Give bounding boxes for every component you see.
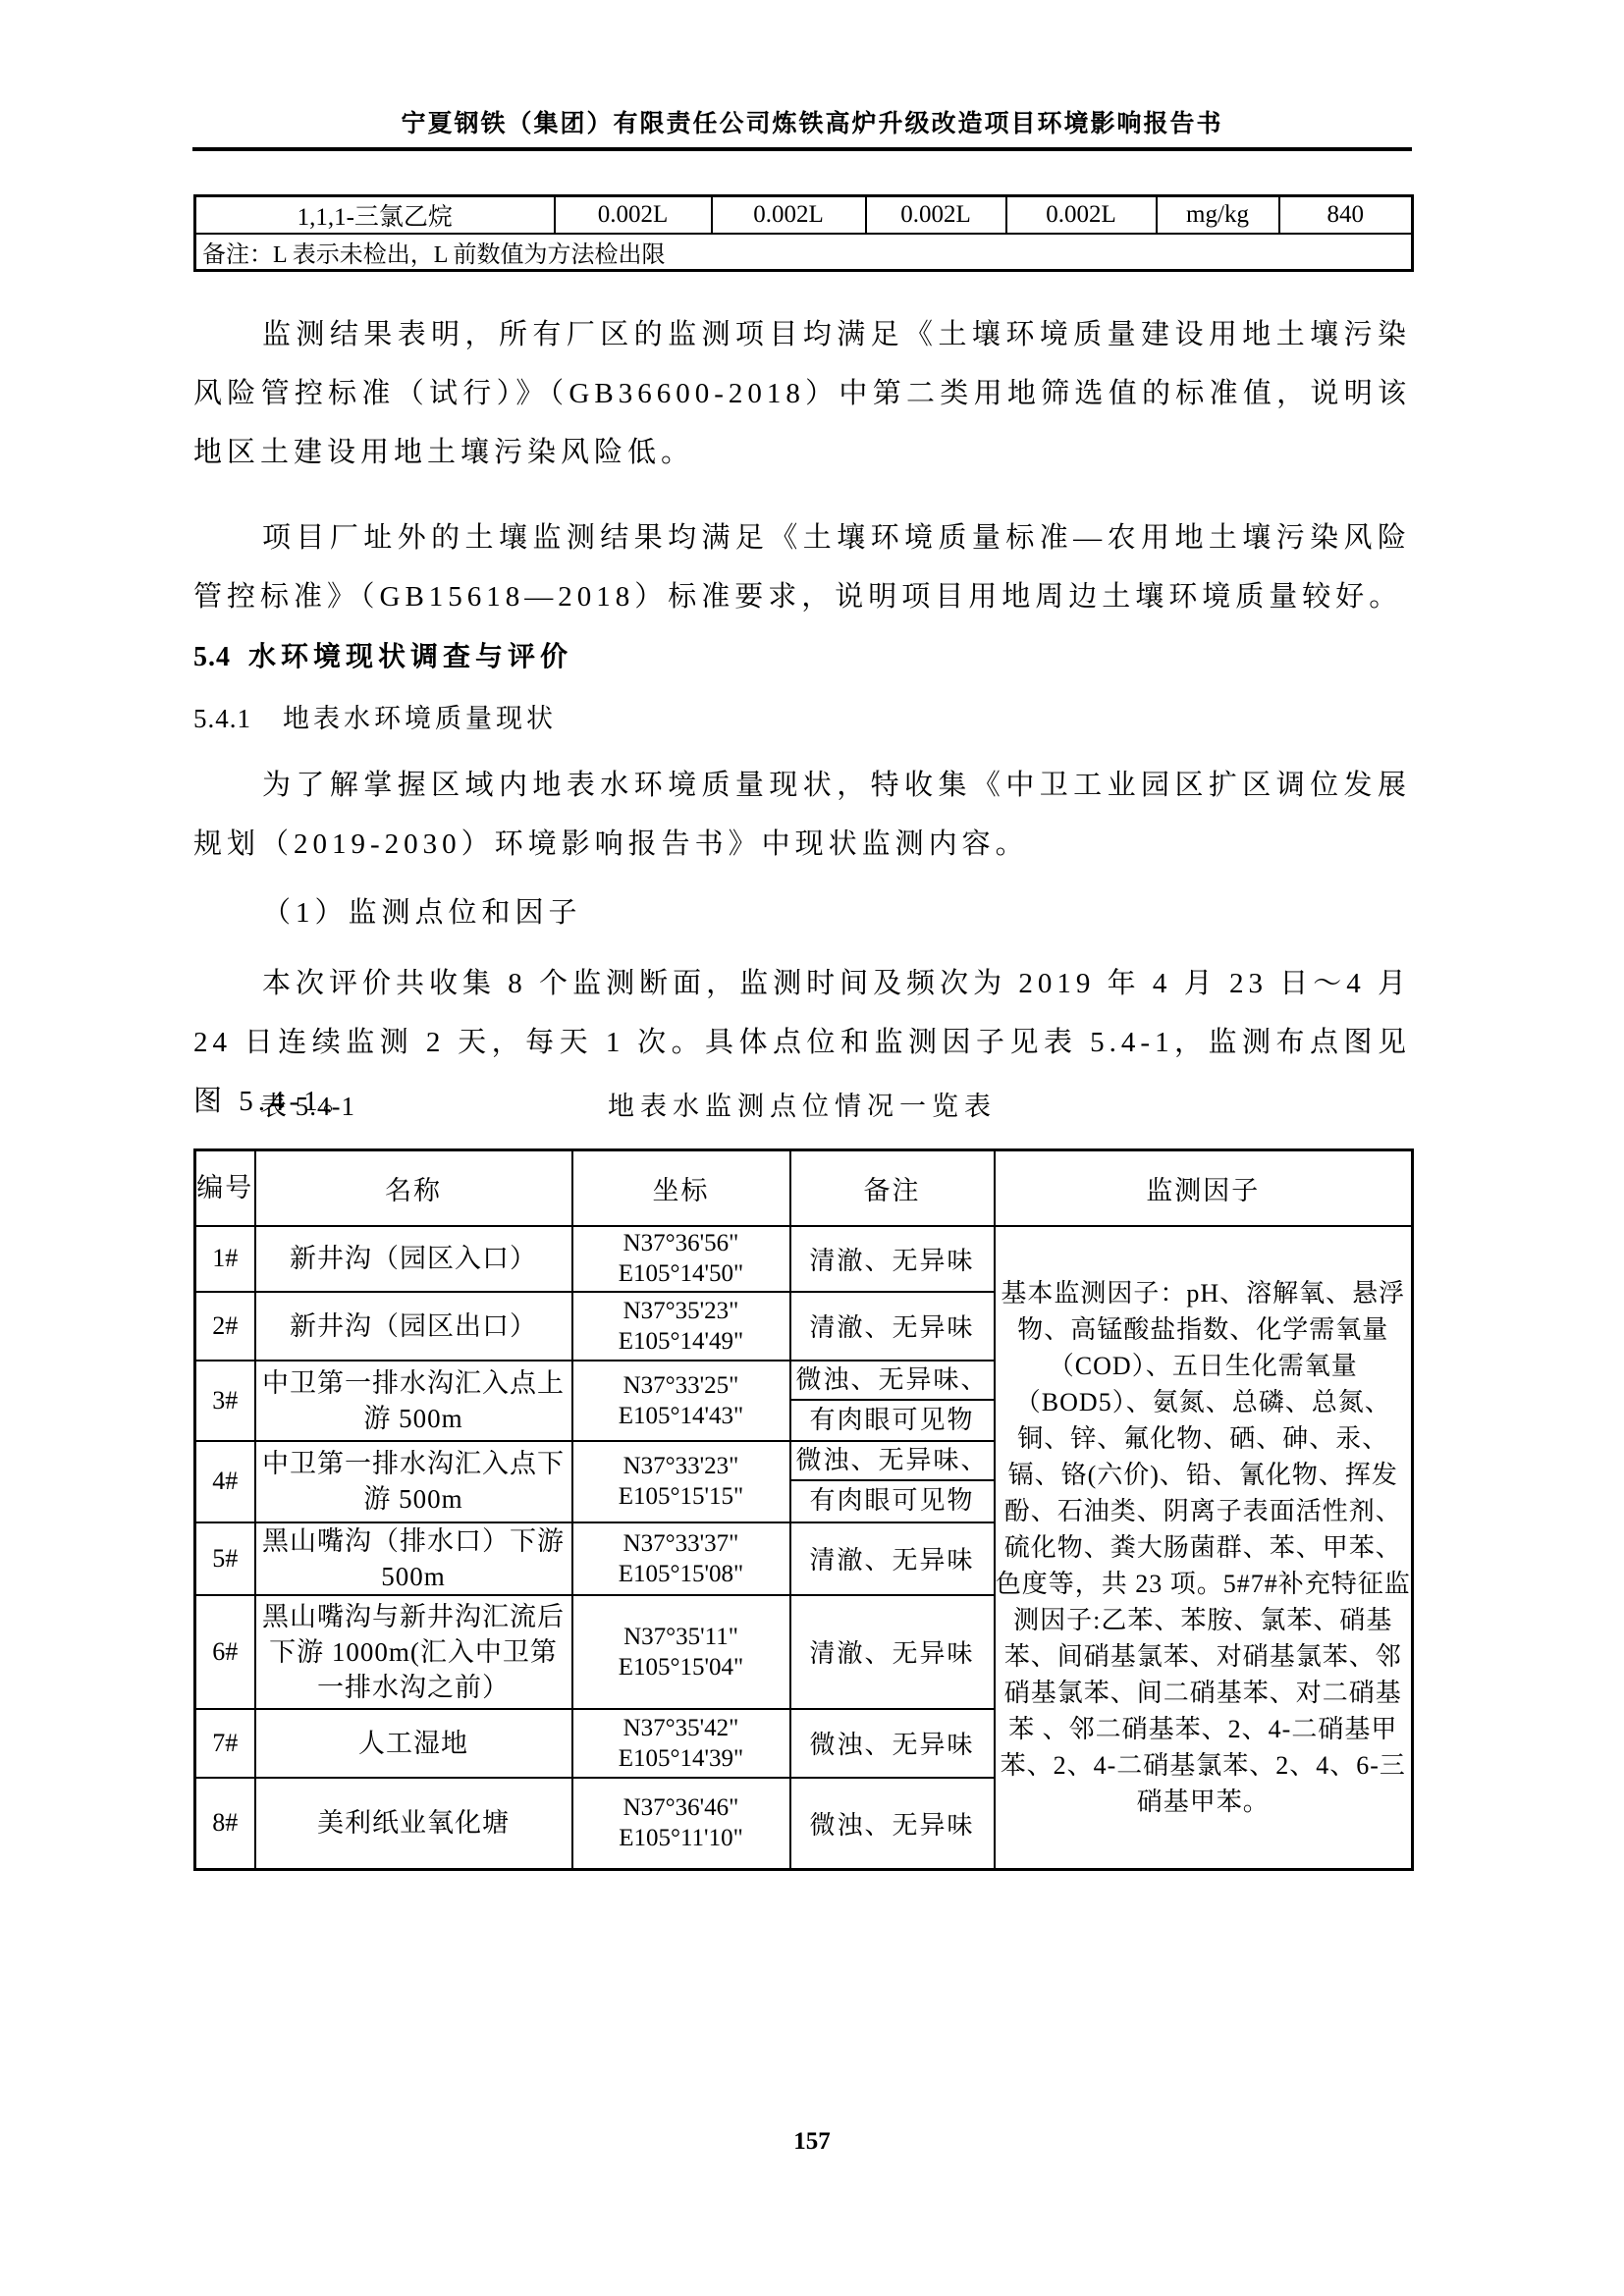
site-coordinates: N37°35'23" E105°14'49" xyxy=(572,1292,790,1361)
remark-line-1: 微浊、无异味、 xyxy=(791,1362,994,1401)
remark-line-1: 微浊、无异味、 xyxy=(791,1442,994,1481)
site-remark: 清澈、无异味 xyxy=(790,1292,995,1361)
coordinate-north: N37°35'11" xyxy=(573,1622,789,1652)
coordinate-north: N37°33'37" xyxy=(573,1528,789,1559)
coordinate-north: N37°35'42" xyxy=(573,1713,789,1743)
coordinate-east: E105°15'04" xyxy=(573,1652,789,1682)
site-remark: 清澈、无异味 xyxy=(790,1226,995,1292)
site-remark: 微浊、无异味、 有肉眼可见物 xyxy=(790,1441,995,1522)
section-number: 5.4 xyxy=(193,642,231,672)
table-note: 备注：L 表示未检出，L 前数值为方法检出限 xyxy=(195,234,1413,271)
coordinate-north: N37°33'23" xyxy=(573,1451,789,1481)
value-cell: 0.002L xyxy=(712,196,866,235)
section-title: 地表水环境质量现状 xyxy=(283,704,557,733)
section-heading-5-4-1: 5.4.1地表水环境质量现状 xyxy=(193,699,1411,738)
coordinate-north: N37°35'23" xyxy=(573,1296,789,1326)
header-rule xyxy=(192,147,1412,151)
paragraph-soil-result: 监测结果表明，所有厂区的监测项目均满足《土壤环境质量建设用地土壤污染风险管控标准… xyxy=(193,305,1411,482)
paragraph-surface-water-intro: 为了解掌握区域内地表水环境质量现状，特收集《中卫工业园区扩区调位发展规划（201… xyxy=(193,756,1411,874)
table-note-row: 备注：L 表示未检出，L 前数值为方法检出限 xyxy=(195,234,1413,271)
header-id: 编号 xyxy=(195,1150,255,1226)
soil-result-table-fragment: 1,1,1-三氯乙烷 0.002L 0.002L 0.002L 0.002L m… xyxy=(193,194,1414,272)
section-number: 5.4.1 xyxy=(193,704,251,733)
surface-water-monitoring-table: 编号 名称 坐标 备注 监测因子 1# 新井沟（园区入口） N37°36'56"… xyxy=(193,1148,1414,1871)
site-id: 6# xyxy=(195,1595,255,1709)
standard-cell: 840 xyxy=(1279,196,1413,235)
site-coordinates: N37°35'42" E105°14'39" xyxy=(572,1709,790,1778)
site-id: 3# xyxy=(195,1361,255,1441)
site-id: 7# xyxy=(195,1709,255,1778)
site-name: 黑山嘴沟（排水口）下游 500m xyxy=(255,1522,572,1595)
site-remark: 微浊、无异味、 有肉眼可见物 xyxy=(790,1361,995,1441)
site-coordinates: N37°33'37" E105°15'08" xyxy=(572,1522,790,1595)
remark-line-2: 有肉眼可见物 xyxy=(791,1401,994,1440)
coordinate-north: N37°36'56" xyxy=(573,1228,789,1258)
coordinate-east: E105°11'10" xyxy=(573,1823,789,1853)
table-row: 1,1,1-三氯乙烷 0.002L 0.002L 0.002L 0.002L m… xyxy=(195,196,1413,235)
unit-cell: mg/kg xyxy=(1157,196,1279,235)
value-cell: 0.002L xyxy=(1006,196,1157,235)
coordinate-north: N37°36'46" xyxy=(573,1792,789,1823)
site-remark: 清澈、无异味 xyxy=(790,1522,995,1595)
site-id: 4# xyxy=(195,1441,255,1522)
table-caption-title: 地表水监测点位情况一览表 xyxy=(193,1085,1411,1128)
coordinate-east: E105°14'39" xyxy=(573,1743,789,1774)
paragraph-list-item-1: （1）监测点位和因子 xyxy=(193,883,1411,942)
site-id: 1# xyxy=(195,1226,255,1292)
site-remark: 微浊、无异味 xyxy=(790,1778,995,1870)
site-name: 人工湿地 xyxy=(255,1709,572,1778)
coordinate-east: E105°14'50" xyxy=(573,1258,789,1289)
value-cell: 0.002L xyxy=(555,196,712,235)
header-coord: 坐标 xyxy=(572,1150,790,1226)
site-name: 中卫第一排水沟汇入点上游 500m xyxy=(255,1361,572,1441)
section-title: 水环境现状调查与评价 xyxy=(248,642,572,672)
site-name: 新井沟（园区出口） xyxy=(255,1292,572,1361)
page-header-title: 宁夏钢铁（集团）有限责任公司炼铁高炉升级改造项目环境影响报告书 xyxy=(0,104,1624,139)
coordinate-east: E105°15'08" xyxy=(573,1559,789,1589)
coordinate-east: E105°14'43" xyxy=(573,1401,789,1431)
header-factors: 监测因子 xyxy=(995,1150,1413,1226)
header-name: 名称 xyxy=(255,1150,572,1226)
site-id: 2# xyxy=(195,1292,255,1361)
site-coordinates: N37°33'25" E105°14'43" xyxy=(572,1361,790,1441)
document-page: 宁夏钢铁（集团）有限责任公司炼铁高炉升级改造项目环境影响报告书 1,1,1-三氯… xyxy=(0,0,1624,2296)
site-id: 8# xyxy=(195,1778,255,1870)
site-name: 中卫第一排水沟汇入点下游 500m xyxy=(255,1441,572,1522)
table-row: 1# 新井沟（园区入口） N37°36'56" E105°14'50" 清澈、无… xyxy=(195,1226,1413,1292)
header-remark: 备注 xyxy=(790,1150,995,1226)
pollutant-name-cell: 1,1,1-三氯乙烷 xyxy=(195,196,555,235)
site-remark: 微浊、无异味 xyxy=(790,1709,995,1778)
table-header-row: 编号 名称 坐标 备注 监测因子 xyxy=(195,1150,1413,1226)
site-name: 黑山嘴沟与新井沟汇流后下游 1000m(汇入中卫第一排水沟之前） xyxy=(255,1595,572,1709)
site-coordinates: N37°35'11" E105°15'04" xyxy=(572,1595,790,1709)
site-coordinates: N37°36'46" E105°11'10" xyxy=(572,1778,790,1870)
remark-line-2: 有肉眼可见物 xyxy=(791,1481,994,1521)
section-heading-5-4: 5.4水环境现状调查与评价 xyxy=(193,638,1411,677)
site-name: 新井沟（园区入口） xyxy=(255,1226,572,1292)
site-name: 美利纸业氧化塘 xyxy=(255,1778,572,1870)
coordinate-east: E105°14'49" xyxy=(573,1326,789,1357)
monitoring-factors-cell: 基本监测因子：pH、溶解氧、悬浮物、高锰酸盐指数、化学需氧量（COD）、五日生化… xyxy=(995,1226,1413,1870)
site-coordinates: N37°36'56" E105°14'50" xyxy=(572,1226,790,1292)
paragraph-offsite-soil: 项目厂址外的土壤监测结果均满足《土壤环境质量标准—农用地土壤污染风险管控标准》（… xyxy=(193,508,1411,626)
coordinate-north: N37°33'25" xyxy=(573,1370,789,1401)
table-caption: 表 5.4-1 地表水监测点位情况一览表 xyxy=(193,1085,1411,1128)
site-remark: 清澈、无异味 xyxy=(790,1595,995,1709)
table-caption-label: 表 5.4-1 xyxy=(260,1085,355,1128)
value-cell: 0.002L xyxy=(866,196,1006,235)
page-number: 157 xyxy=(0,2128,1624,2156)
coordinate-east: E105°15'15" xyxy=(573,1481,789,1512)
site-id: 5# xyxy=(195,1522,255,1595)
site-coordinates: N37°33'23" E105°15'15" xyxy=(572,1441,790,1522)
